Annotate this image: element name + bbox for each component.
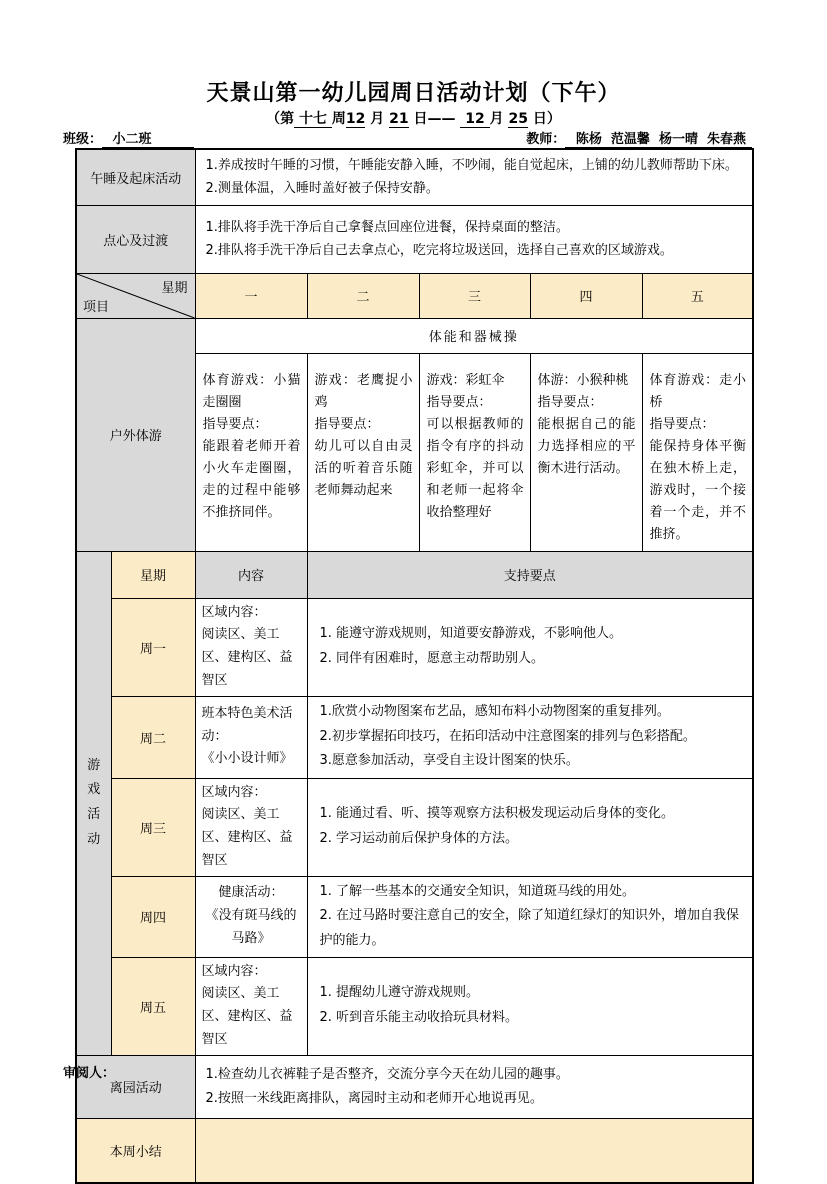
subtitle-open: （第 <box>266 111 294 127</box>
game-day-tue: 周二 <box>111 696 195 778</box>
class-value: 小二班 <box>102 128 194 148</box>
page-title: 天景山第一幼儿园周日活动计划（下午） <box>0 76 827 107</box>
game-day-thu: 周四 <box>111 876 195 957</box>
outdoor-activity-wed: 游戏：彩虹伞 指导要点： 可以根据教师的指令有序的抖动彩虹伞，并可以和老师一起将… <box>419 353 530 551</box>
games-col-content: 内容 <box>195 551 307 598</box>
table-row: 周二 班本特色美术活动： 《小小设计师》 1.欣赏小动物图案布艺品，感知布料小动… <box>76 696 753 778</box>
day-header-tue: 二 <box>307 273 419 318</box>
game-content-mon: 区域内容： 阅读区、美工区、建构区、益智区 <box>195 598 307 696</box>
table-wrap: 午睡及起床活动 1.养成按时午睡的习惯，午睡能安静入睡，不吵闹，能自觉起床，上铺… <box>75 148 754 1184</box>
document-page: { "header": { "title": "天景山第一幼儿园周日活动计划（下… <box>0 0 827 1170</box>
corner-item-label: 项目 <box>83 296 109 315</box>
table-row: 周一 区域内容： 阅读区、美工区、建构区、益智区 1. 能遵守游戏规则，知道要安… <box>76 598 753 696</box>
subtitle-day-1: 21 <box>389 111 408 128</box>
summary-content-cell <box>195 1118 753 1183</box>
table-row: 午睡及起床活动 1.养成按时午睡的习惯，午睡能安静入睡，不吵闹，能自觉起床，上铺… <box>76 149 753 205</box>
day-header-wed: 三 <box>419 273 530 318</box>
subtitle-close: 日） <box>528 111 561 127</box>
table-row: 本周小结 <box>76 1118 753 1183</box>
game-day-mon: 周一 <box>111 598 195 696</box>
game-points-fri: 1. 提醒幼儿遵守游戏规则。 2. 听到音乐能主动收拾玩具材料。 <box>307 957 753 1055</box>
game-points-thu: 1. 了解一些基本的交通安全知识，知道斑马线的用处。 2. 在过马路时要注意自己… <box>307 876 753 957</box>
table-row: 星期 项目 一 二 三 四 五 <box>76 273 753 318</box>
game-content-fri: 区域内容： 阅读区、美工区、建构区、益智区 <box>195 957 307 1055</box>
subtitle-yue-1: 月 <box>365 111 389 127</box>
game-day-fri: 周五 <box>111 957 195 1055</box>
table-row: 周五 区域内容： 阅读区、美工区、建构区、益智区 1. 提醒幼儿遵守游戏规则。 … <box>76 957 753 1055</box>
row-label-nap: 午睡及起床活动 <box>76 149 195 205</box>
subtitle-month-2: 12 <box>460 111 489 128</box>
subtitle-yue-2: 月 <box>490 111 509 127</box>
nap-content-cell: 1.养成按时午睡的习惯，午睡能安静入睡，不吵闹，能自觉起床，上铺的幼儿教师帮助下… <box>195 149 753 205</box>
subtitle-week-number: 十七 <box>294 111 332 128</box>
table-row: 离园活动 1.检查幼儿衣裤鞋子是否整齐，交流分享今天在幼儿园的趣事。 2.按照一… <box>76 1055 753 1118</box>
outdoor-activity-tue: 游戏：老鹰捉小鸡 指导要点： 幼儿可以自由灵活的听着音乐随老师舞动起来 <box>307 353 419 551</box>
row-label-snack: 点心及过渡 <box>76 205 195 273</box>
games-col-week: 星期 <box>111 551 195 598</box>
departure-content-cell: 1.检查幼儿衣裤鞋子是否整齐，交流分享今天在幼儿园的趣事。 2.按照一米线距离排… <box>195 1055 753 1118</box>
subtitle-month-1: 12 <box>346 111 365 128</box>
subtitle-zhou: 周 <box>332 111 346 127</box>
table-row: 周四 健康活动： 《没有斑马线的马路》 1. 了解一些基本的交通安全知识，知道斑… <box>76 876 753 957</box>
outdoor-activity-mon: 体育游戏：小猫走圈圈 指导要点： 能跟着老师开着小火车走圈圈，走的过程中能够不推… <box>195 353 307 551</box>
class-field: 班级： 小二班 <box>63 128 194 148</box>
page-subtitle: （第 十七 周12 月 21 日—— 12 月 25 日） <box>0 108 827 128</box>
meta-line: 班级： 小二班 教师： 陈杨 范温馨 杨一晴 朱春燕 <box>63 128 752 148</box>
teacher-label: 教师： <box>526 132 565 147</box>
table-row: 游 戏 活 动 星期 内容 支持要点 <box>76 551 753 598</box>
subtitle-day-2: 25 <box>508 111 527 128</box>
game-content-tue: 班本特色美术活动： 《小小设计师》 <box>195 696 307 778</box>
table-row: 点心及过渡 1.排队将手洗干净后自己拿餐点回座位进餐，保持桌面的整洁。 2.排队… <box>76 205 753 273</box>
game-points-wed: 1. 能通过看、听、摸等观察方法积极发现运动后身体的变化。 2. 学习运动前后保… <box>307 778 753 876</box>
class-label: 班级： <box>63 132 102 147</box>
row-label-games-vertical: 游 戏 活 动 <box>76 551 111 1055</box>
game-points-mon: 1. 能遵守游戏规则，知道要安静游戏，不影响他人。 2. 同伴有困难时，愿意主动… <box>307 598 753 696</box>
outdoor-banner-cell: 体能和器械操 <box>195 318 753 353</box>
game-points-tue: 1.欣赏小动物图案布艺品，感知布料小动物图案的重复排列。 2.初步掌握拓印技巧，… <box>307 696 753 778</box>
day-header-thu: 四 <box>530 273 642 318</box>
teacher-value: 陈杨 范温馨 杨一晴 朱春燕 <box>565 128 752 148</box>
row-label-outdoor: 户外体游 <box>76 318 195 551</box>
reviewer-label: 审阅人： <box>63 1062 115 1081</box>
game-content-thu: 健康活动： 《没有斑马线的马路》 <box>195 876 307 957</box>
teacher-field: 教师： 陈杨 范温馨 杨一晴 朱春燕 <box>526 128 752 148</box>
snack-content-cell: 1.排队将手洗干净后自己拿餐点回座位进餐，保持桌面的整洁。 2.排队将手洗干净后… <box>195 205 753 273</box>
corner-header-cell: 星期 项目 <box>76 273 195 318</box>
table-row: 周三 区域内容： 阅读区、美工区、建构区、益智区 1. 能通过看、听、摸等观察方… <box>76 778 753 876</box>
weekly-plan-table: 午睡及起床活动 1.养成按时午睡的习惯，午睡能安静入睡，不吵闹，能自觉起床，上铺… <box>75 148 754 1184</box>
row-label-summary: 本周小结 <box>76 1118 195 1183</box>
day-header-mon: 一 <box>195 273 307 318</box>
corner-week-label: 星期 <box>162 277 188 296</box>
game-day-wed: 周三 <box>111 778 195 876</box>
day-header-fri: 五 <box>642 273 753 318</box>
game-content-wed: 区域内容： 阅读区、美工区、建构区、益智区 <box>195 778 307 876</box>
table-row: 户外体游 体能和器械操 <box>76 318 753 353</box>
outdoor-activity-fri: 体育游戏：走小桥 指导要点： 能保持身体平衡在独木桥上走，游戏时，一个接着一个走… <box>642 353 753 551</box>
subtitle-dash: 日—— <box>409 111 461 127</box>
games-col-points: 支持要点 <box>307 551 753 598</box>
outdoor-activity-thu: 体游：小猴种桃 指导要点： 能根据自己的能力选择相应的平衡木进行活动。 <box>530 353 642 551</box>
